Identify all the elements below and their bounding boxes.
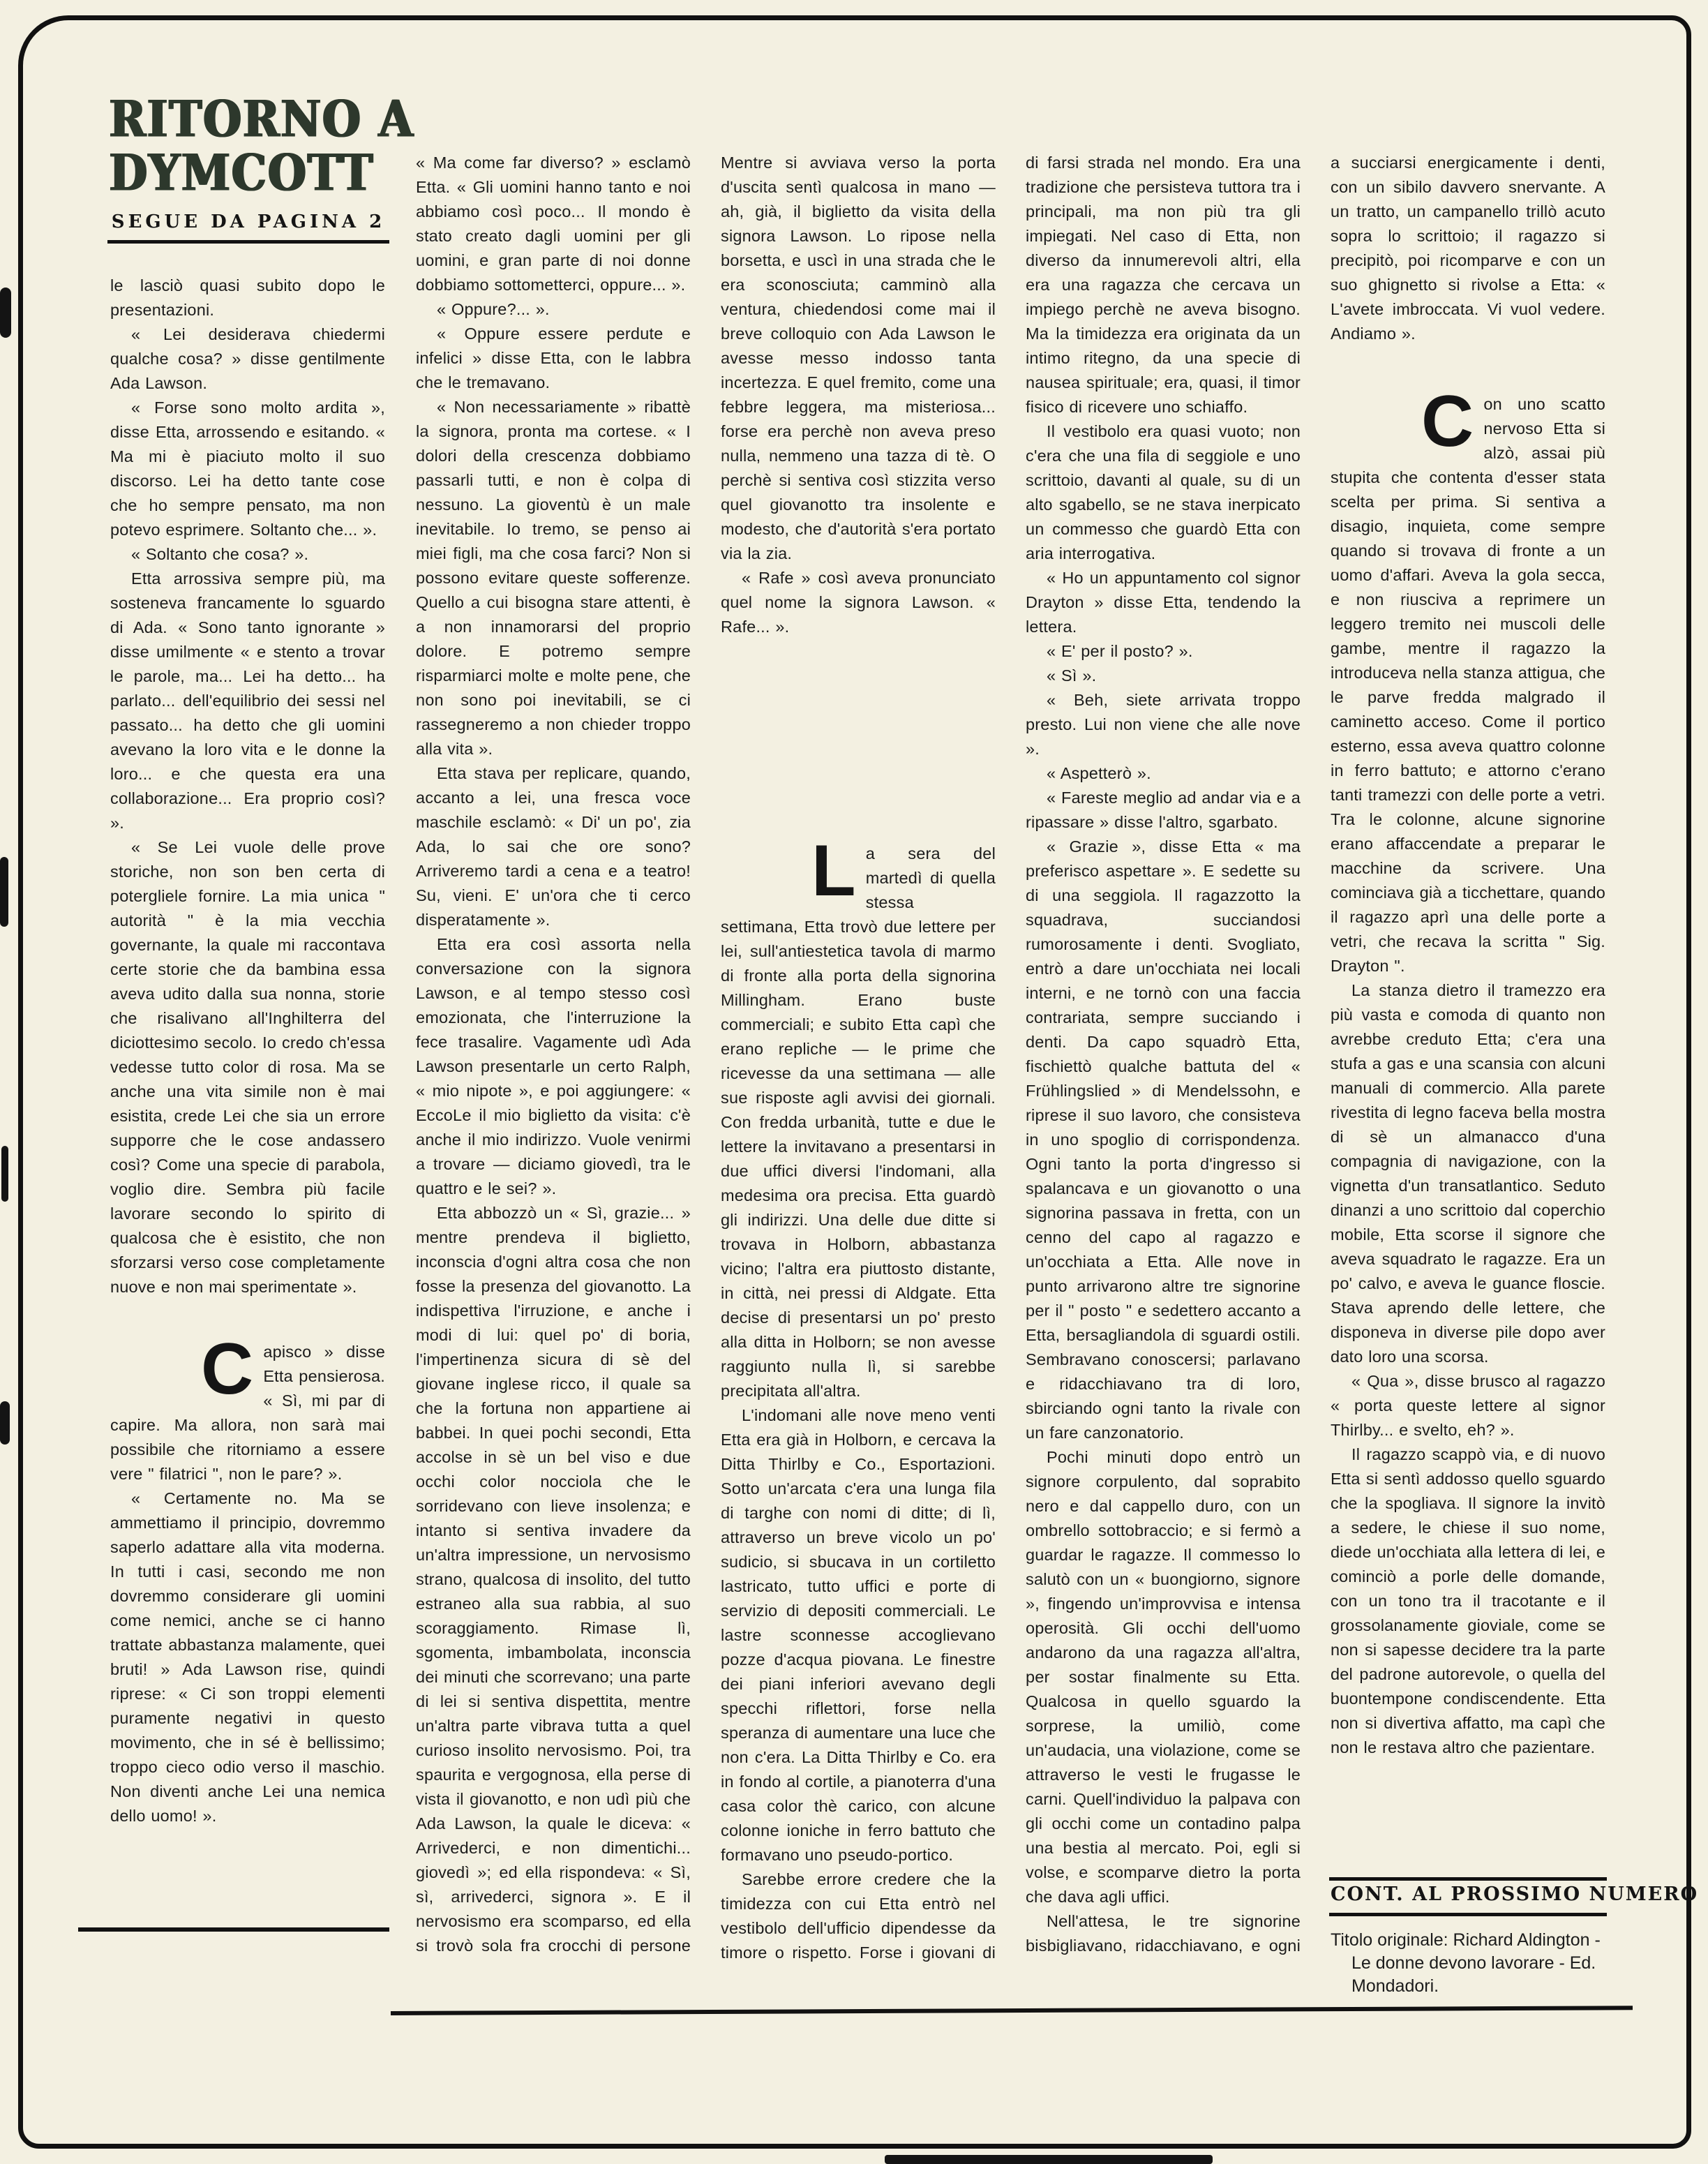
text-column-3: Mentre si avviava verso la porta d'uscit… <box>721 151 996 1964</box>
paragraph: La sera del martedì di quella stessa set… <box>721 842 996 1403</box>
text-column-2: « Ma come far diverso? » esclamò Etta. «… <box>416 151 691 1964</box>
paragraph: le lasciò quasi subito dopo le presentaz… <box>110 274 385 322</box>
paragraph: « Non necessariamente » ribattè la signo… <box>416 395 691 761</box>
paragraph: « Soltanto che cosa? ». <box>110 542 385 567</box>
paragraph: Il vestibolo era quasi vuoto; non c'era … <box>1026 419 1301 566</box>
paragraph: Capisco » disse Etta pensierosa. « Sì, m… <box>110 1340 385 1486</box>
drop-cap: C <box>201 1343 253 1396</box>
paragraph: « Grazie », disse Etta « ma preferisco a… <box>1026 835 1301 1445</box>
paragraph: « Rafe » così aveva pronunciato quel nom… <box>721 566 996 639</box>
article-title-line2: DYMCOTT <box>109 146 414 200</box>
credit-line: Titolo originale: Richard Aldington - <box>1331 1929 1607 1952</box>
credit-note: Titolo originale: Richard Aldington - Le… <box>1331 1929 1607 1998</box>
paragraph: Etta stava per replicare, quando, accant… <box>416 761 691 932</box>
paragraph: « Fareste meglio ad andar via e a ripass… <box>1026 786 1301 835</box>
footer-rule-bottom <box>1329 1913 1607 1916</box>
kicker-rule <box>107 240 389 244</box>
paragraph: « Lei desiderava chiedermi qualche cosa?… <box>110 322 385 396</box>
paragraph: di farsi strada nel mondo. Era una tradi… <box>1026 151 1301 419</box>
text-column-1: le lasciò quasi subito dopo le presentaz… <box>110 274 385 1918</box>
continued-next-issue-label: CONT. AL PROSSIMO NUMERO <box>1331 1883 1608 1905</box>
paragraph: Il ragazzo scappò via, e di nuovo Etta s… <box>1331 1442 1605 1760</box>
paragraph: « Qua », disse brusco al ragazzo « porta… <box>1331 1369 1605 1442</box>
column1-end-rule <box>78 1927 389 1932</box>
drop-cap: C <box>1421 395 1474 448</box>
scan-artifact <box>0 857 8 927</box>
paragraph: Etta abbozzò un « Sì, grazie... » mentre… <box>416 1201 691 1964</box>
paragraph: Pochi minuti dopo entrò un signore corpu… <box>1026 1445 1301 1909</box>
drop-cap: L <box>811 844 856 897</box>
scan-artifact <box>1 1146 8 1202</box>
paragraph: « Sì ». <box>1026 664 1301 688</box>
text-column-5: a succiarsi energicamente i denti, con u… <box>1331 151 1605 1840</box>
paragraph: a succiarsi energicamente i denti, con u… <box>1331 151 1605 346</box>
paragraph: « Ma come far diverso? » esclamò Etta. «… <box>416 151 691 297</box>
paragraph: « Oppure?... ». <box>416 297 691 322</box>
paragraph: Mentre si avviava verso la porta d'uscit… <box>721 151 996 566</box>
paragraph: « Beh, siete arrivata troppo presto. Lui… <box>1026 688 1301 761</box>
footer-rule-top <box>1329 1877 1607 1881</box>
paragraph: Etta arrossiva sempre più, ma sosteneva … <box>110 567 385 835</box>
paragraph: Con uno scatto nervoso Etta si alzò, ass… <box>1331 392 1605 978</box>
article-title: RITORNO A DYMCOTT <box>109 92 414 200</box>
scan-artifact <box>885 2155 1213 2164</box>
paragraph: « Se Lei vuole delle prove storiche, non… <box>110 835 385 1299</box>
scan-artifact <box>0 1401 10 1445</box>
text-column-4: di farsi strada nel mondo. Era una tradi… <box>1026 151 1301 1964</box>
paragraph: « Forse sono molto ardita », disse Etta,… <box>110 396 385 542</box>
paragraph: « Oppure essere perdute e infelici » dis… <box>416 322 691 395</box>
paragraph: « Aspetterò ». <box>1026 761 1301 786</box>
continuation-note: SEGUE DA PAGINA 2 <box>109 211 388 232</box>
credit-line: Mondadori. <box>1331 1975 1607 1998</box>
paragraph: « Ho un appuntamento col signor Drayton … <box>1026 566 1301 639</box>
article-title-line1: RITORNO A <box>109 92 414 146</box>
scan-artifact <box>0 288 11 338</box>
credit-line: Le donne devono lavorare - Ed. <box>1331 1952 1607 1975</box>
paragraph: La stanza dietro il tramezzo era più vas… <box>1331 978 1605 1369</box>
paragraph: Sarebbe errore credere che la timidezza … <box>721 1867 996 1964</box>
paragraph: Nell'attesa, le tre signorine bisbigliav… <box>1026 1909 1301 1964</box>
paragraph: Etta era così assorta nella conversazion… <box>416 932 691 1201</box>
paragraph: « E' per il posto? ». <box>1026 639 1301 664</box>
paragraph: « Certamente no. Ma se ammettiamo il pri… <box>110 1486 385 1828</box>
paragraph: L'indomani alle nove meno venti Etta era… <box>721 1403 996 1867</box>
magazine-page: RITORNO A DYMCOTT SEGUE DA PAGINA 2 le l… <box>0 0 1708 2164</box>
